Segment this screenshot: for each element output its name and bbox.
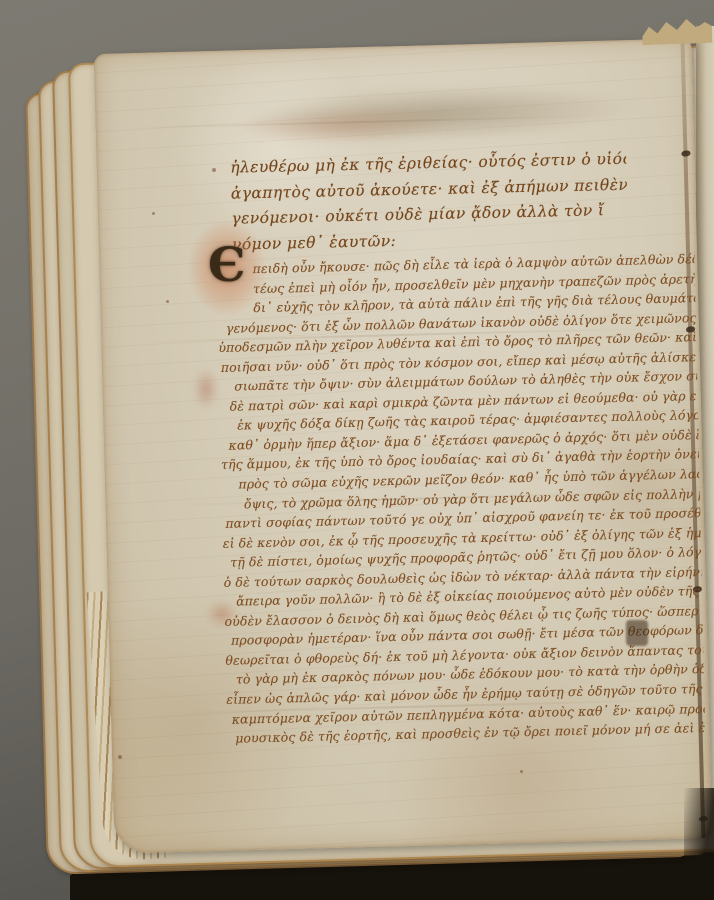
damaged-corner [642, 15, 713, 45]
ink-speck [166, 300, 169, 303]
margin-stain [193, 368, 219, 410]
ink-speck [152, 212, 155, 215]
ink-blot [626, 620, 648, 646]
drop-cap-letter: Є [200, 232, 254, 300]
table-shadow-right [684, 788, 714, 878]
ink-speck [118, 755, 122, 759]
heading-block: ἠλευθέρω μὴ ἐκ τῆς ἐριθείας· οὗτός ἐστιν… [214, 145, 694, 258]
body-text-block: πειδὴ οὖν ἤκουσε· πῶς δὴ εἷλε τὰ ἱερὰ ὁ … [216, 249, 705, 748]
text-block: ἠλευθέρω μὴ ἐκ τῆς ἐριθείας· οὗτός ἐστιν… [214, 145, 705, 748]
ink-speck [520, 770, 523, 773]
photo-background: Є ἠλευθέρω μὴ ἐκ τῆς ἐριθείας· οὗτός ἐστ… [0, 0, 714, 900]
drop-cap-initial: Є [200, 232, 254, 304]
